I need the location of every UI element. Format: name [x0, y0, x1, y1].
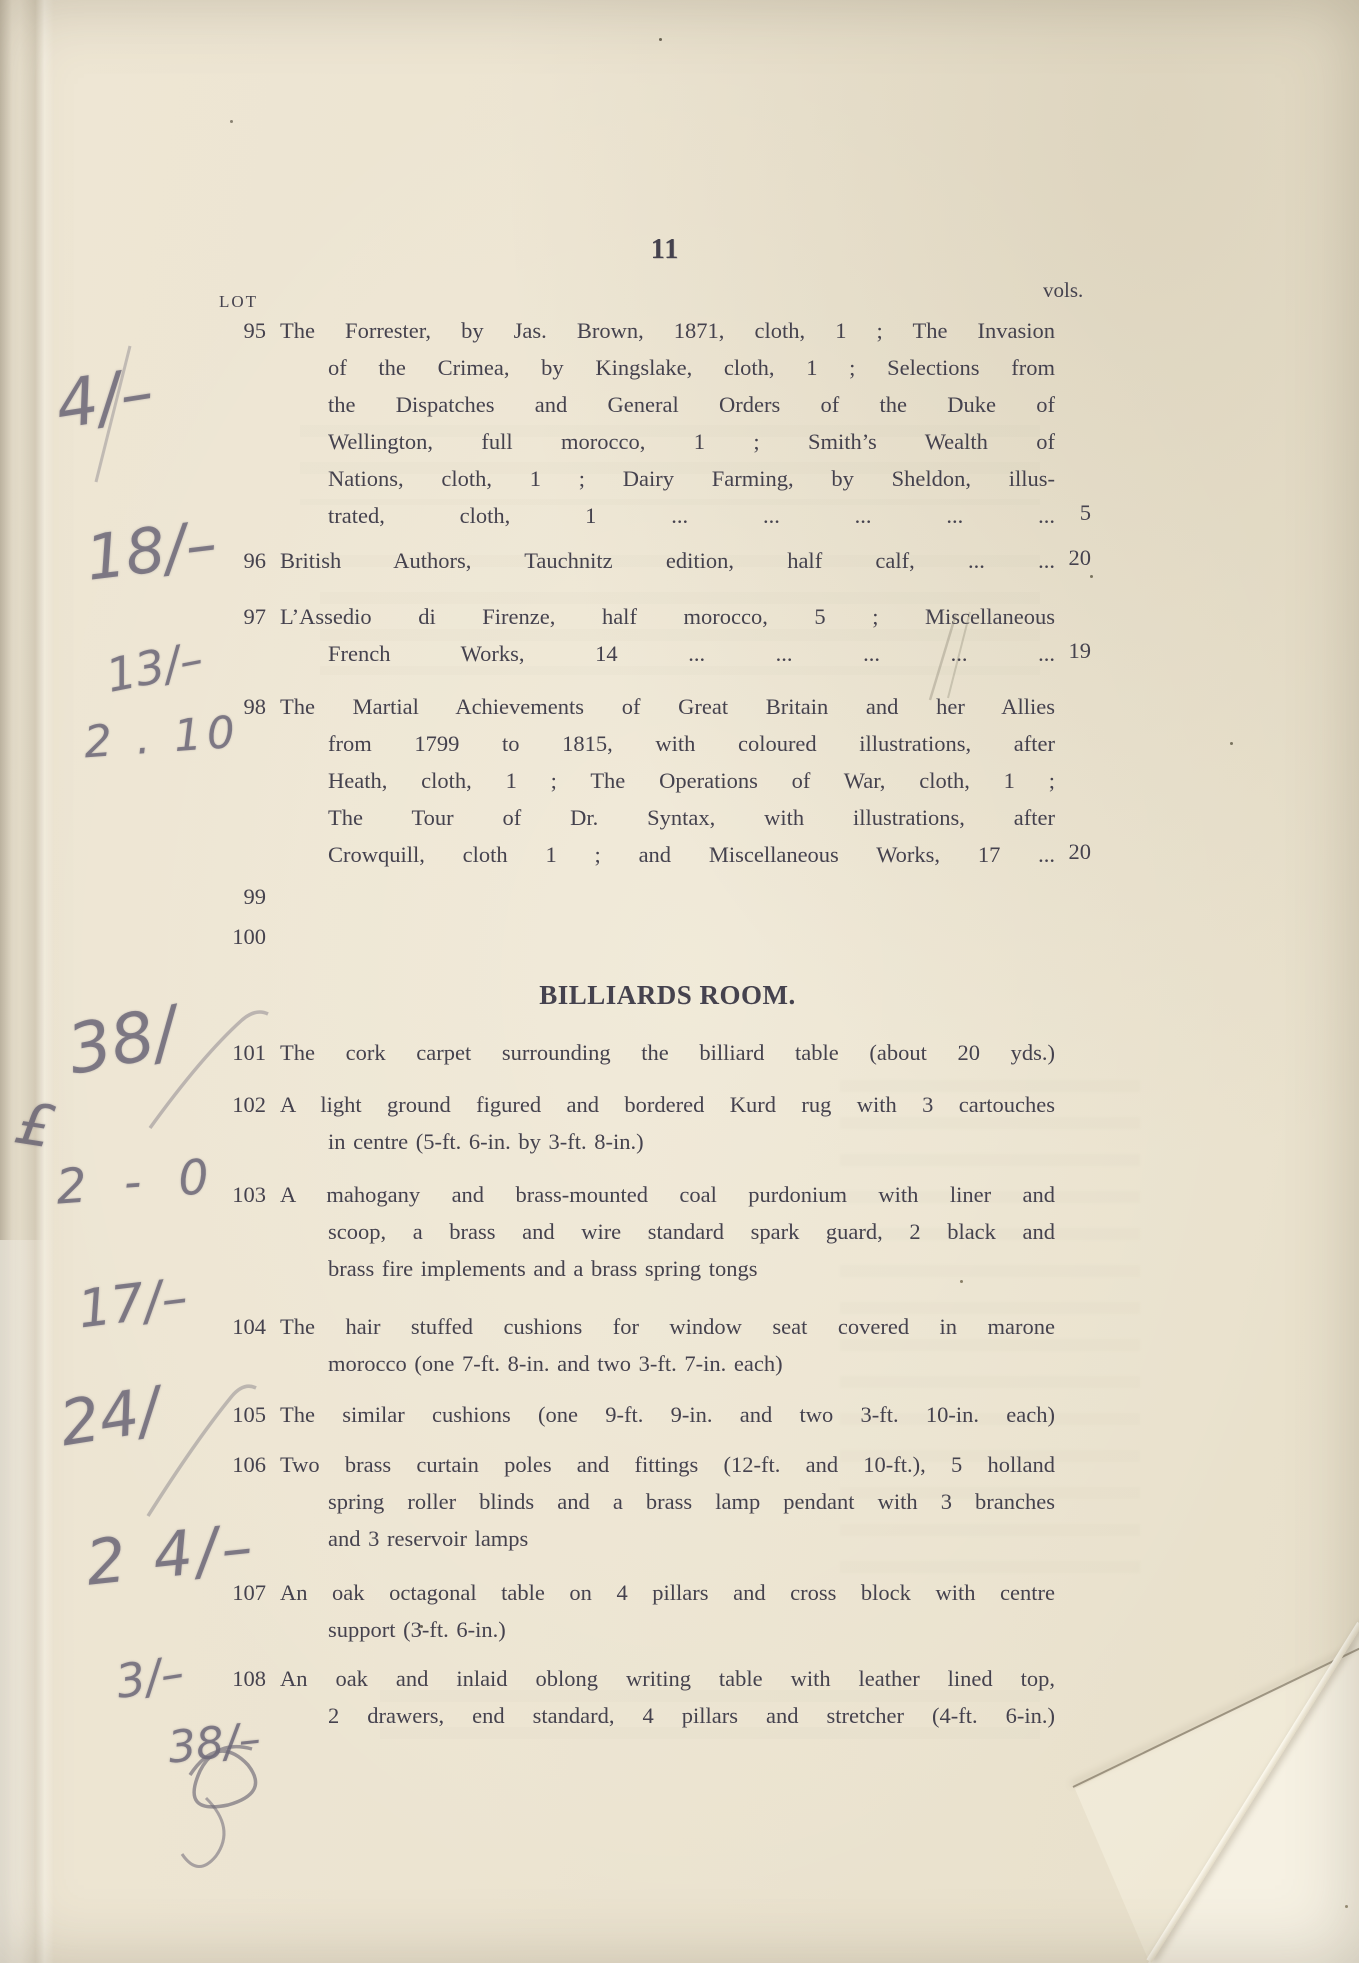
lot-line: A mahogany and brass-mounted coal purdon…	[280, 1176, 1055, 1213]
pencil-annotation-a105: 24/	[56, 1379, 164, 1456]
lot-vols-value: 5	[1043, 494, 1091, 531]
lot-entry-105: 105The similar cushions (one 9-ft. 9-in.…	[280, 1396, 1055, 1433]
lot-description: An oak octagonal table on 4 pillars and …	[280, 1574, 1055, 1648]
lot-line: from 1799 to 1815, with coloured illustr…	[280, 725, 1055, 762]
lot-number: 108	[208, 1660, 266, 1697]
lot-line: Wellington, full morocco, 1 ; Smith’s We…	[280, 423, 1055, 460]
lot-line: of the Crimea, by Kingslake, cloth, 1 ; …	[280, 349, 1055, 386]
lot-line: A light ground figured and bordered Kurd…	[280, 1086, 1055, 1123]
lot-line: An oak octagonal table on 4 pillars and …	[280, 1574, 1055, 1611]
lot-line: Nations, cloth, 1 ; Dairy Farming, by Sh…	[280, 460, 1055, 497]
lot-number: 106	[208, 1446, 266, 1483]
lot-description: The Forrester, by Jas. Brown, 1871, clot…	[280, 312, 1055, 534]
lot-number: 97	[208, 598, 266, 635]
lot-line: French Works, 14 ... ... ... ... ...	[280, 635, 1055, 672]
lot-number: 104	[208, 1308, 266, 1345]
lot-number: 100	[208, 918, 266, 955]
lot-description: A mahogany and brass-mounted coal purdon…	[280, 1176, 1055, 1287]
lot-line: An oak and inlaid oblong writing table w…	[280, 1660, 1055, 1697]
pencil-annotation-a109: 38/–	[166, 1717, 263, 1770]
pencil-annotation-a97: 13/–	[103, 635, 207, 699]
lot-description: Two brass curtain poles and fittings (12…	[280, 1446, 1055, 1557]
lot-entry-108: 108An oak and inlaid oblong writing tabl…	[280, 1660, 1055, 1734]
lot-number: 105	[208, 1396, 266, 1433]
vols-column-header: vols.	[1043, 278, 1083, 303]
lot-entry-106: 106Two brass curtain poles and fittings …	[280, 1446, 1055, 1557]
lot-number: 99	[208, 878, 266, 915]
lot-entry-97: 97L’Assedio di Firenze, half morocco, 5 …	[280, 598, 1055, 672]
lot-number: 101	[208, 1034, 266, 1071]
lot-description: The cork carpet surrounding the billiard…	[280, 1034, 1055, 1071]
lot-entry-103: 103A mahogany and brass-mounted coal pur…	[280, 1176, 1055, 1287]
lot-description: L’Assedio di Firenze, half morocco, 5 ; …	[280, 598, 1055, 672]
lot-line: The similar cushions (one 9-ft. 9-in. an…	[280, 1396, 1055, 1433]
lot-entry-98: 98The Martial Achievements of Great Brit…	[280, 688, 1055, 873]
lot-number: 102	[208, 1086, 266, 1123]
lot-description: The Martial Achievements of Great Britai…	[280, 688, 1055, 873]
lot-vols-value: 20	[1043, 833, 1091, 870]
scribble-stroke	[182, 1798, 224, 1867]
catalogue-page-scan: 11 LOT vols. 95The Forrester, by Jas. Br…	[0, 0, 1359, 1963]
pencil-annotation-a107: 2 4/–	[83, 1515, 259, 1594]
lot-vols-value: 20	[1043, 539, 1091, 576]
lot-description: British Authors, Tauchnitz edition, half…	[280, 542, 1055, 579]
lot-description: The hair stuffed cushions for window sea…	[280, 1308, 1055, 1382]
lot-line: support (3-ft. 6-in.)	[280, 1611, 1055, 1648]
section-heading-billiards-room: BILLIARDS ROOM.	[280, 980, 1055, 1011]
lot-entry-107: 107An oak octagonal table on 4 pillars a…	[280, 1574, 1055, 1648]
lot-line: the Dispatches and General Orders of the…	[280, 386, 1055, 423]
lot-column-header: LOT	[219, 292, 258, 312]
pencil-annotation-a108: 3/–	[113, 1649, 187, 1705]
lot-line: trated, cloth, 1 ... ... ... ... ...	[280, 497, 1055, 534]
page-number: 11	[630, 234, 700, 266]
lot-vols-value: 19	[1043, 632, 1091, 669]
lot-line: The Forrester, by Jas. Brown, 1871, clot…	[280, 312, 1055, 349]
pencil-annotation-a95: 4/–	[51, 359, 157, 439]
lot-line: The cork carpet surrounding the billiard…	[280, 1034, 1055, 1071]
lot-line: The hair stuffed cushions for window sea…	[280, 1308, 1055, 1345]
lot-number: 95	[208, 312, 266, 349]
lot-line: spring roller blinds and a brass lamp pe…	[280, 1483, 1055, 1520]
lot-description: The similar cushions (one 9-ft. 9-in. an…	[280, 1396, 1055, 1433]
pencil-annotation-a96: 18/–	[83, 512, 220, 589]
bottom-left-fold	[0, 1240, 72, 1963]
lot-description: A light ground figured and bordered Kurd…	[280, 1086, 1055, 1160]
lot-line: Crowquill, cloth 1 ; and Miscellaneous W…	[280, 836, 1055, 873]
lot-line: British Authors, Tauchnitz edition, half…	[280, 542, 1055, 579]
lot-line: L’Assedio di Firenze, half morocco, 5 ; …	[280, 598, 1055, 635]
lot-line: morocco (one 7-ft. 8-in. and two 3-ft. 7…	[280, 1345, 1055, 1382]
lot-line: The Martial Achievements of Great Britai…	[280, 688, 1055, 725]
lot-line: Two brass curtain poles and fittings (12…	[280, 1446, 1055, 1483]
pencil-annotation-a104: 17/–	[75, 1272, 190, 1337]
lot-line: in centre (5-ft. 6-in. by 3-ft. 8-in.)	[280, 1123, 1055, 1160]
lot-description: An oak and inlaid oblong writing table w…	[280, 1660, 1055, 1734]
lot-entry-96: 96British Authors, Tauchnitz edition, ha…	[280, 542, 1055, 579]
pencil-annotation-a98: 2 . 10	[83, 711, 242, 766]
paper-specks	[659, 38, 662, 41]
lot-entry-102: 102A light ground figured and bordered K…	[280, 1086, 1055, 1160]
lot-line: brass fire implements and a brass spring…	[280, 1250, 1055, 1287]
lot-line: scoop, a brass and wire standard spark g…	[280, 1213, 1055, 1250]
lot-entry-101: 101The cork carpet surrounding the billi…	[280, 1034, 1055, 1071]
lot-entry-95: 95The Forrester, by Jas. Brown, 1871, cl…	[280, 312, 1055, 534]
lot-line: The Tour of Dr. Syntax, with illustratio…	[280, 799, 1055, 836]
pencil-annotation-a103: 2 - 0	[55, 1152, 222, 1211]
lot-line: and 3 reservoir lamps	[280, 1520, 1055, 1557]
lot-line: 2 drawers, end standard, 4 pillars and s…	[280, 1697, 1055, 1734]
pencil-annotation-a101: 38/	[63, 998, 183, 1086]
lot-line: Heath, cloth, 1 ; The Operations of War,…	[280, 762, 1055, 799]
lot-entry-104: 104The hair stuffed cushions for window …	[280, 1308, 1055, 1382]
